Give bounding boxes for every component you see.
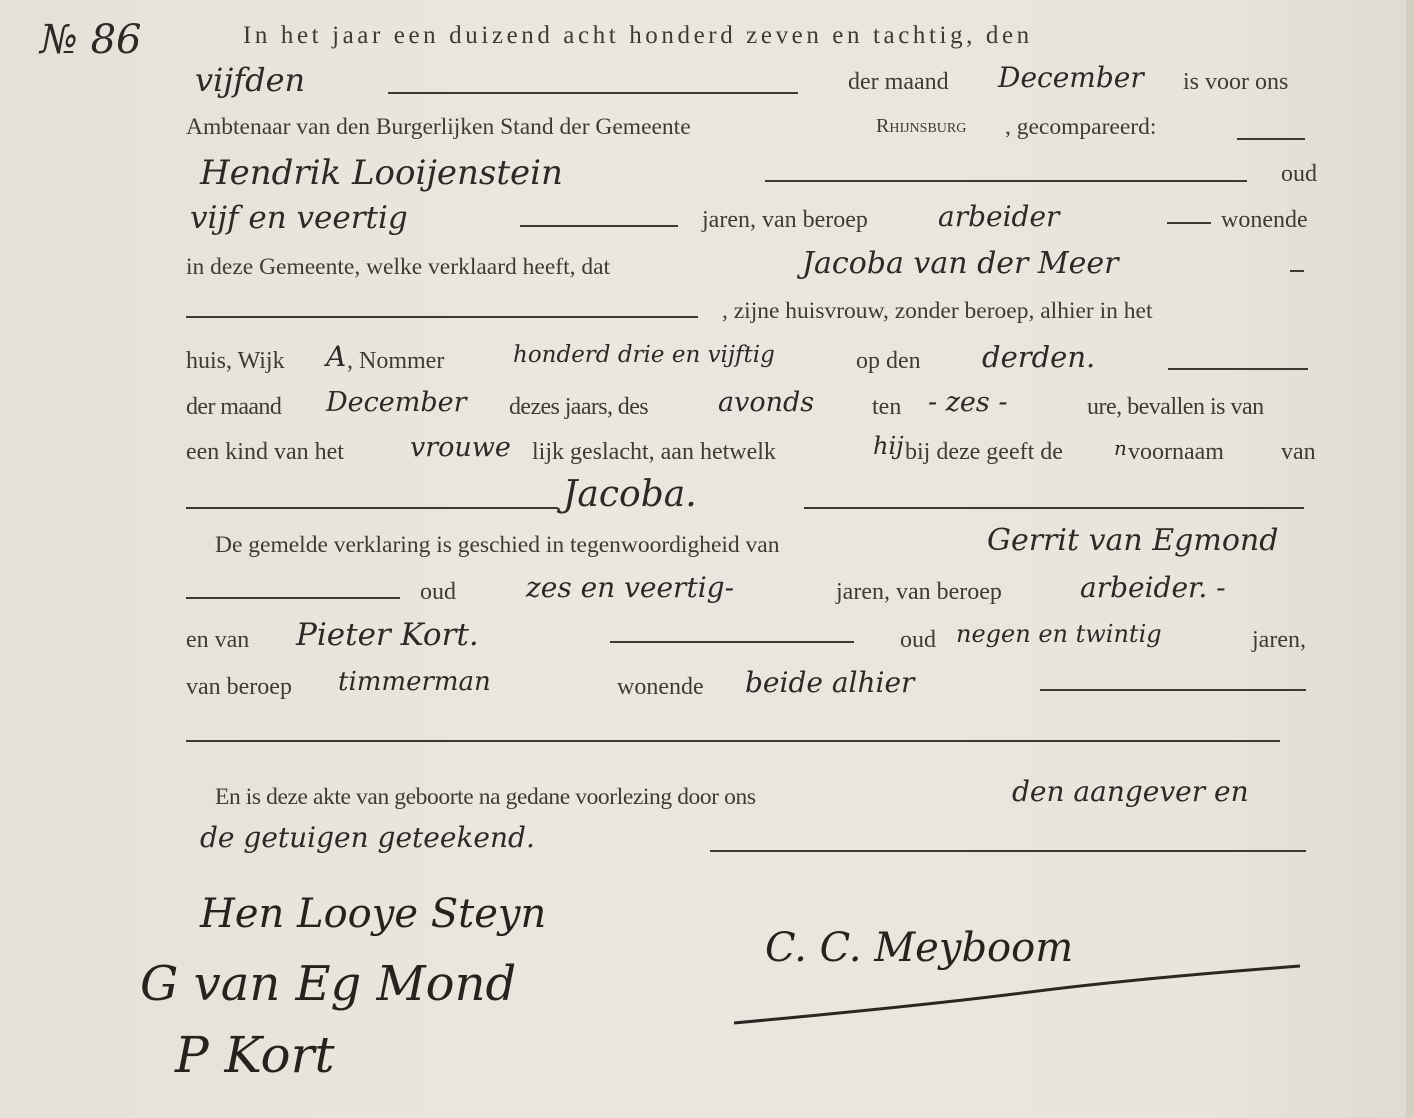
hand-daypart: avonds xyxy=(718,389,814,416)
hand-witness1-occupation: arbeider. - xyxy=(1080,574,1226,602)
hand-declarant-age: vijf en veertig xyxy=(190,203,408,234)
line5-printed-a: jaren, van beroep xyxy=(702,208,868,232)
hand-declarant-occupation: arbeider xyxy=(938,203,1059,231)
line9-printed-c: ten xyxy=(872,395,901,419)
blank-line xyxy=(520,225,678,227)
line6-printed: in deze Gemeente, welke verklaard heeft,… xyxy=(186,256,610,280)
hand-birth-day: derden. xyxy=(982,343,1095,372)
hand-birth-month: December xyxy=(326,389,467,416)
blank-line xyxy=(1167,222,1211,224)
blank-line xyxy=(804,507,1304,509)
line5-printed-b: wonende xyxy=(1221,208,1308,232)
line10-printed-e: van xyxy=(1281,440,1316,464)
blank-line xyxy=(1040,689,1306,691)
blank-line xyxy=(610,641,854,643)
hand-residence: beide alhier xyxy=(745,669,914,697)
record-number: № 86 xyxy=(40,20,141,60)
line3-printed-a: Ambtenaar van den Burgerlijken Stand der… xyxy=(186,116,691,140)
line9-printed-a: der maand xyxy=(186,395,281,419)
line10-printed-b: lijk geslacht, aan hetwelk xyxy=(532,440,776,464)
hand-n: n xyxy=(1114,438,1127,458)
line2-printed-b: is voor ons xyxy=(1183,70,1288,94)
hand-sex: vrouwe xyxy=(410,434,511,461)
line3-printed-b: , gecompareerd: xyxy=(1005,116,1156,140)
hand-signing-clause: den aangever en xyxy=(1012,778,1249,806)
hand-witness2-name: Pieter Kort. xyxy=(296,620,479,651)
line1-printed: In het jaar een duizend acht honderd zev… xyxy=(243,23,1033,48)
signature-witness1: G van Eg Mond xyxy=(140,960,516,1008)
line13-printed-a: oud xyxy=(420,580,456,604)
hand-witness2-age: negen en twintig xyxy=(956,622,1162,646)
hand-hij: hij xyxy=(873,434,904,458)
hand-witness2-occupation: timmerman xyxy=(338,669,491,695)
line14-printed-c: jaren, xyxy=(1252,628,1306,652)
hand-witness1-name: Gerrit van Egmond xyxy=(987,526,1278,556)
municipality-name: Rhijnsburg xyxy=(876,116,966,136)
blank-line xyxy=(1237,138,1305,140)
blank-line xyxy=(1168,368,1308,370)
blank-line xyxy=(388,92,798,94)
signature-declarant: Hen Looye Steyn xyxy=(200,894,546,934)
register-page: № 86 In het jaar een duizend acht honder… xyxy=(0,0,1414,1118)
line7-printed: , zijne huisvrouw, zonder beroep, alhier… xyxy=(722,300,1152,324)
line4-printed: oud xyxy=(1281,162,1317,186)
line15-printed-b: wonende xyxy=(617,675,704,699)
blank-line xyxy=(765,180,1247,182)
blank-line-long xyxy=(186,740,1280,742)
blank-line xyxy=(186,507,558,509)
blank-line xyxy=(1290,270,1304,272)
line8-printed-a: huis, Wijk xyxy=(186,349,285,373)
signature-witness2: P Kort xyxy=(175,1030,335,1080)
hand-signing-clause-cont: de getuigen geteekend. xyxy=(200,824,535,852)
hand-child-name: Jacoba. xyxy=(563,477,697,513)
blank-line xyxy=(186,597,400,599)
line12-printed: De gemelde verklaring is geschied in teg… xyxy=(215,534,779,558)
hand-wijk: A xyxy=(326,343,346,371)
blank-line xyxy=(710,850,1306,852)
line8-printed-b: , Nommer xyxy=(347,349,444,373)
hand-month: December xyxy=(998,64,1144,92)
line10-printed-d: voornaam xyxy=(1128,440,1224,464)
line9-printed-d: ure, bevallen is van xyxy=(1087,395,1264,419)
line14-printed-b: oud xyxy=(900,628,936,652)
line16-printed: En is deze akte van geboorte na gedane v… xyxy=(215,786,756,810)
line9-printed-b: dezes jaars, des xyxy=(509,395,648,419)
registrar-underline-flourish xyxy=(730,960,1310,1030)
line8-printed-c: op den xyxy=(856,349,921,373)
hand-witness1-age: zes en veertig- xyxy=(526,574,734,602)
page-edge xyxy=(1406,0,1414,1118)
hand-hour: - zes - xyxy=(928,389,1007,416)
hand-declarant-name: Hendrik Looijenstein xyxy=(200,156,563,190)
line10-printed-a: een kind van het xyxy=(186,440,344,464)
line15-printed-a: van beroep xyxy=(186,675,292,699)
line14-printed-a: en van xyxy=(186,628,249,652)
hand-mother-name: Jacoba van der Meer xyxy=(802,249,1119,279)
line10-printed-c: bij deze geeft de xyxy=(905,440,1063,464)
line2-printed-a: der maand xyxy=(848,70,949,94)
hand-day: vijfden xyxy=(195,64,305,96)
line13-printed-b: jaren, van beroep xyxy=(836,580,1002,604)
blank-line xyxy=(186,316,698,318)
hand-house-number: honderd drie en vijftig xyxy=(513,344,775,367)
